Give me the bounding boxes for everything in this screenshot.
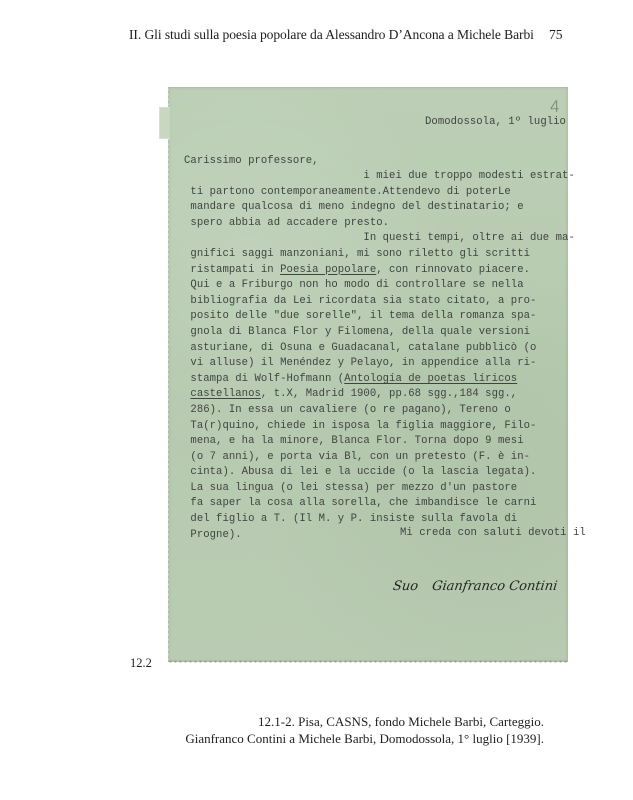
page-number: 75 — [549, 27, 562, 43]
underlined-title: Poesia popolare — [280, 264, 376, 276]
letter-line: asturiane, di Osuna e Guadacanal, catala… — [184, 341, 575, 357]
running-head: II. Gli studi sulla poesia popolare da A… — [0, 27, 633, 47]
letter-closing: Mi creda con saluti devoti il — [400, 526, 586, 542]
letter-line: (o 7 anni), e porta via Bl, con un prete… — [184, 450, 575, 466]
handwritten-signature: SuoGianfranco Contini — [392, 579, 572, 594]
letter-dateline: Domodossola, 1º luglio — [425, 115, 566, 131]
signature-prefix: Suo — [392, 579, 419, 594]
figure-caption: 12.1-2. Pisa, CASNS, fondo Michele Barbi… — [185, 713, 544, 747]
letter-salutation: Carissimo professore, — [184, 154, 319, 170]
letter-body: i miei due troppo modesti estrat- ti par… — [184, 169, 575, 543]
letter-card-image: 4 Domodossola, 1º luglio Carissimo profe… — [168, 87, 568, 662]
letter-line: In questi tempi, oltre ai due ma- — [184, 231, 575, 247]
card-tab — [159, 107, 170, 139]
letter-line: gnifici saggi manzoniani, mi sono rilett… — [184, 247, 575, 263]
letter-line: bibliografia da Lei ricordata sia stato … — [184, 294, 575, 310]
caption-line-2: Gianfranco Contini a Michele Barbi, Domo… — [185, 730, 544, 747]
letter-line: castellanos, t.X, Madrid 1900, pp.68 sgg… — [184, 387, 575, 403]
letter-line: posito delle "due sorelle", il tema dell… — [184, 309, 575, 325]
letter-line: gnola di Blanca Flor y Filomena, della q… — [184, 325, 575, 341]
running-head-title: II. Gli studi sulla poesia popolare da A… — [129, 27, 534, 43]
letter-line: ti partono contemporaneamente.Attendevo … — [184, 185, 575, 201]
letter-line: spero abbia ad accadere presto. — [184, 216, 575, 232]
underlined-title: castellanos — [190, 388, 260, 400]
signature-name: Gianfranco Contini — [431, 579, 558, 594]
letter-line: 286). In essa un cavaliere (o re pagano)… — [184, 403, 575, 419]
underlined-title: Antología de poetas líricos — [344, 373, 517, 385]
letter-line: Ta(r)quino, chiede in isposa la figlia m… — [184, 419, 575, 435]
letter-line: mena, e ha la minore, Blanca Flor. Torna… — [184, 434, 575, 450]
letter-line: mandare qualcosa di meno indegno del des… — [184, 200, 575, 216]
letter-line: Qui e a Friburgo non ho modo di controll… — [184, 278, 575, 294]
archive-number: 4 — [550, 97, 560, 116]
caption-line-1: 12.1-2. Pisa, CASNS, fondo Michele Barbi… — [185, 713, 544, 730]
letter-line: ristampati in Poesia popolare, con rinno… — [184, 263, 575, 279]
letter-line: stampa di Wolf-Hofmann (Antología de poe… — [184, 372, 575, 388]
letter-line: i miei due troppo modesti estrat- — [184, 169, 575, 185]
letter-line: cinta). Abusa di lei e la uccide (o la l… — [184, 465, 575, 481]
letter-line: La sua lingua (o lei stessa) per mezzo d… — [184, 481, 575, 497]
letter-line: fa saper la cosa alla sorella, che imban… — [184, 496, 575, 512]
figure-label: 12.2 — [130, 656, 152, 671]
letter-line: vi alluse) il Menéndez y Pelayo, in appe… — [184, 356, 575, 372]
